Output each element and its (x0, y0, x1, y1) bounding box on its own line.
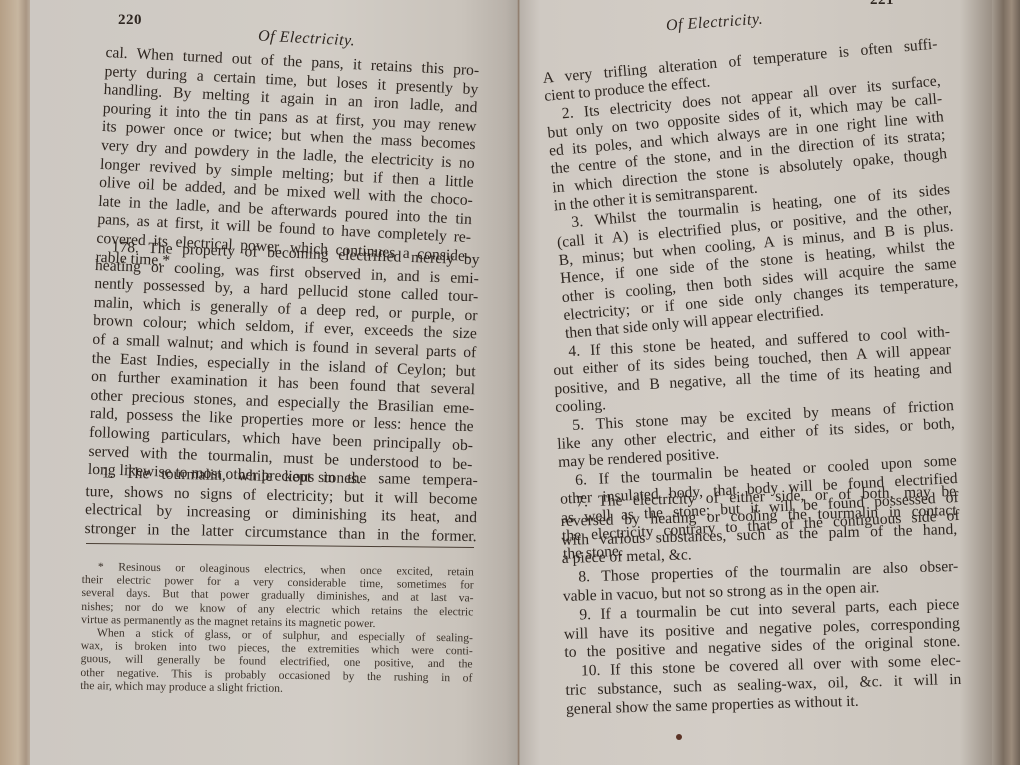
page-edges-right (992, 0, 1020, 765)
left-page: 220 Of Electricity. cal. When turned out… (30, 0, 520, 765)
book-spread: 220 Of Electricity. cal. When turned out… (0, 0, 1020, 765)
page-number-right: 221 (870, 0, 894, 9)
right-body-text-bottom: 7. The electricity of either side, or of… (560, 483, 962, 720)
ink-stain (676, 734, 682, 740)
paragraph-178: 178. The property of becoming electrifie… (88, 238, 480, 493)
page-number-left: 220 (118, 12, 142, 29)
section-178: 178. The property of becoming electrifie… (88, 238, 480, 493)
paragraph-item-1: 1. The tourmalin, while kept in the same… (84, 464, 477, 547)
right-body-text-top: A very trifling alteration of temperatur… (542, 35, 960, 343)
running-head-right: Of Electricity. (665, 11, 763, 36)
running-head-left: Of Electricity. (258, 27, 356, 50)
right-page: 221 Of Electricity. A very trifling alte… (520, 0, 1020, 765)
footnote: * Resinous or oleaginous electrics, when… (80, 560, 474, 697)
item-1: 1. The tourmalin, while kept in the same… (84, 464, 477, 547)
